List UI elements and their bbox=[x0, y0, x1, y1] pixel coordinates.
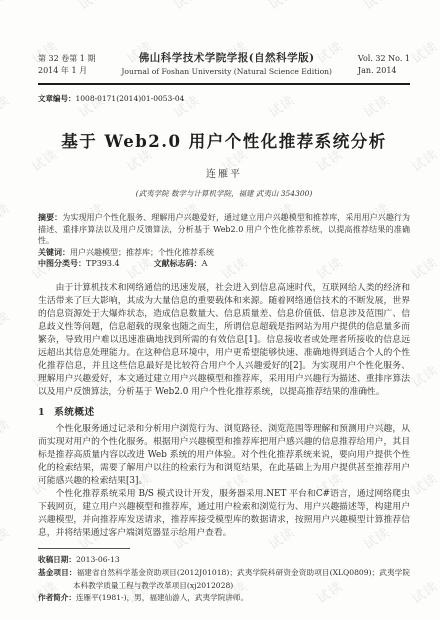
watermark-text: 试读 bbox=[0, 306, 13, 338]
abstract-label: 摘要： bbox=[38, 212, 62, 222]
received-date-value: 2013-06-13 bbox=[76, 555, 120, 564]
watermark-text: 试读 bbox=[407, 576, 440, 608]
issue-date-en: Jan. 2014 bbox=[358, 65, 410, 77]
section-1-number: 1 bbox=[38, 407, 45, 418]
watermark-text: 试读 bbox=[359, 0, 393, 13]
watermark-text: 试读 bbox=[0, 90, 13, 122]
clc-value: TP393.4 bbox=[86, 259, 120, 268]
author-bio-line: 作者简介：连雁平(1981-)，男，福建仙游人，武夷学院讲师。 bbox=[38, 592, 410, 605]
journal-name-block: 佛山科学技术学院学报(自然科学版) Journal of Foshan Univ… bbox=[95, 52, 357, 78]
author-name: 连雁平 bbox=[38, 165, 410, 180]
journal-page: 第 32 卷第 1 期 2014 年 1 月 佛山科学技术学院学报(自然科学版)… bbox=[0, 0, 440, 620]
watermark-text: 试读 bbox=[0, 0, 13, 13]
author-bio-value: 连雁平(1981-)，男，福建仙游人，武夷学院讲师。 bbox=[76, 593, 248, 602]
watermark-text: 试读 bbox=[0, 414, 13, 446]
keywords-label: 关键词： bbox=[38, 247, 70, 257]
footnote-block: 收稿日期：2013-06-13 基金项目：福建省自然科学基金资助项目(2012J… bbox=[38, 546, 410, 620]
issue-volume-en: Vol. 32 No. 1 bbox=[358, 53, 410, 65]
received-date-line: 收稿日期：2013-06-13 bbox=[38, 554, 410, 567]
doc-code-label: 文献标志码： bbox=[154, 258, 202, 268]
watermark-text: 试读 bbox=[407, 360, 440, 392]
doc-code-value: A bbox=[202, 259, 208, 268]
abstract-text: 为实现用户个性化服务、理解用户兴趣爱好，通过建立用户兴趣模型和推荐库，采用用户兴… bbox=[38, 213, 410, 245]
abstract-block: 摘要：为实现用户个性化服务、理解用户兴趣爱好，通过建立用户兴趣模型和推荐库，采用… bbox=[38, 212, 410, 270]
section-1-heading: 1系统概述 bbox=[38, 406, 410, 419]
journal-header: 第 32 卷第 1 期 2014 年 1 月 佛山科学技术学院学报(自然科学版)… bbox=[38, 52, 410, 78]
watermark-text: 试读 bbox=[264, 0, 298, 13]
footnote-rule bbox=[38, 548, 130, 549]
issue-info-cn: 第 32 卷第 1 期 2014 年 1 月 bbox=[38, 53, 95, 77]
issue-volume-cn: 第 32 卷第 1 期 bbox=[38, 53, 95, 65]
watermark-text: 试读 bbox=[407, 36, 440, 68]
section-1-paragraph-2: 个性化推荐系统采用 B/S 模式设计开发，服务器采用.NET 平台和C#语言，通… bbox=[38, 488, 410, 540]
journal-name-en: Journal of Foshan University (Natural Sc… bbox=[95, 66, 357, 78]
keywords-text: 用户兴趣模型；推荐库；个性化推荐系统 bbox=[70, 248, 214, 257]
author-bio-label: 作者简介： bbox=[38, 593, 76, 602]
received-date-label: 收稿日期： bbox=[38, 555, 76, 564]
abstract-paragraph: 摘要：为实现用户个性化服务、理解用户兴趣爱好，通过建立用户兴趣模型和推荐库，采用… bbox=[38, 212, 410, 247]
clc-label: 中图分类号： bbox=[38, 258, 86, 268]
paper-title: 基于 Web2.0 用户个性化推荐系统分析 bbox=[38, 128, 410, 152]
header-rule bbox=[38, 83, 410, 85]
watermark-text: 试读 bbox=[0, 522, 13, 554]
keywords-line: 关键词：用户兴趣模型；推荐库；个性化推荐系统 bbox=[38, 247, 410, 259]
watermark-text: 试读 bbox=[74, 0, 108, 13]
issue-date-cn: 2014 年 1 月 bbox=[38, 65, 95, 77]
author-affiliation: (武夷学院 数学与计算机学院，福建 武夷山 354300) bbox=[38, 188, 410, 199]
funding-line: 基金项目：福建省自然科学基金资助项目(2012J01018)；武夷学院科研资金资… bbox=[38, 567, 410, 593]
article-number-value: 1008-0171(2014)01-0053-04 bbox=[76, 94, 185, 103]
funding-value: 福建省自然科学基金资助项目(2012J01018)；武夷学院科研资金资助项目(X… bbox=[73, 568, 410, 590]
section-1-paragraph-1: 个性化服务通过记录和分析用户浏览行为、浏览路径、浏览范围等理解和预测用户兴趣，从… bbox=[38, 423, 410, 488]
clc-line: 中图分类号：TP393.4文献标志码：A bbox=[38, 258, 410, 270]
watermark-text: 试读 bbox=[407, 144, 440, 176]
page-content: 第 32 卷第 1 期 2014 年 1 月 佛山科学技术学院学报(自然科学版)… bbox=[38, 52, 410, 603]
article-number-label: 文章编号： bbox=[38, 94, 76, 103]
watermark-text: 试读 bbox=[407, 252, 440, 284]
section-1-title: 系统概述 bbox=[54, 407, 94, 418]
funding-label: 基金项目： bbox=[38, 568, 77, 577]
watermark-text: 试读 bbox=[407, 468, 440, 500]
watermark-text: 试读 bbox=[0, 198, 13, 230]
journal-name-cn: 佛山科学技术学院学报(自然科学版) bbox=[95, 52, 357, 64]
intro-paragraph: 由于计算机技术和网络通信的迅速发展，社会进入到信息高速时代，互联网给人类的经济和… bbox=[38, 282, 410, 399]
article-number-line: 文章编号：1008-0171(2014)01-0053-04 bbox=[38, 93, 410, 104]
watermark-text: 试读 bbox=[169, 0, 203, 13]
issue-info-en: Vol. 32 No. 1 Jan. 2014 bbox=[358, 53, 410, 77]
